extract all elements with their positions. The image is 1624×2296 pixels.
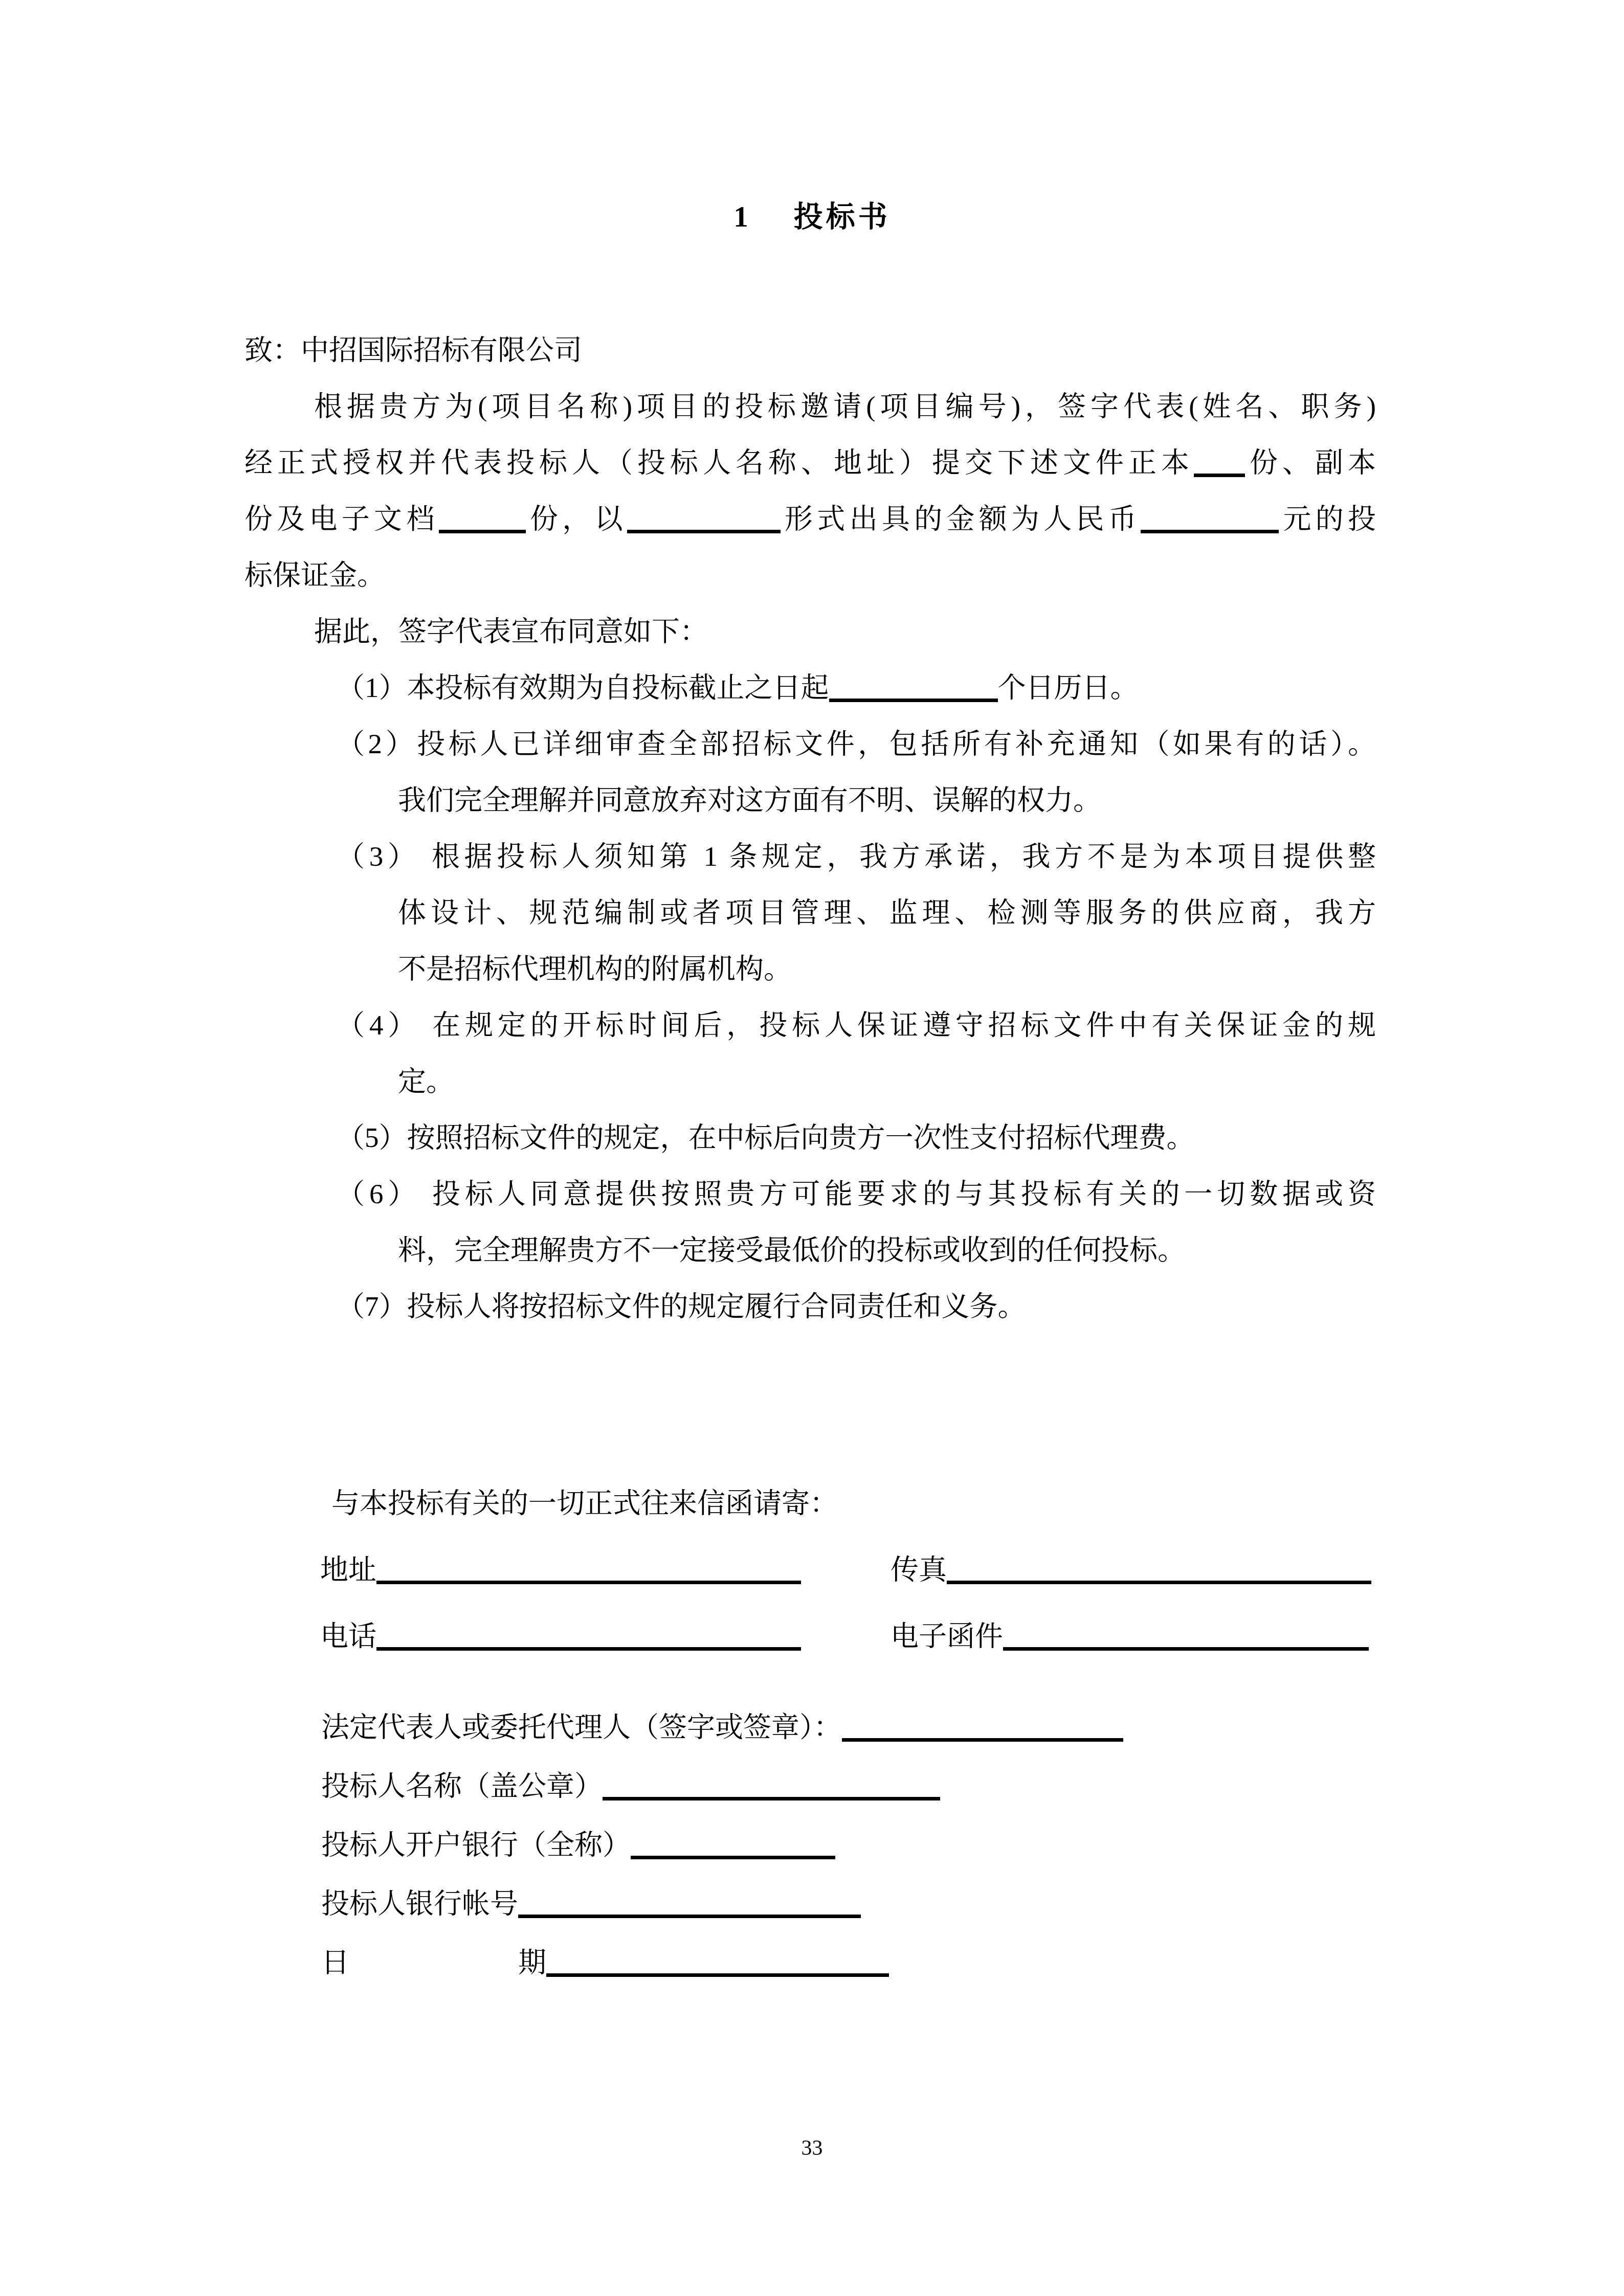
blank-underline-field <box>376 1622 801 1651</box>
text-run: 法定代表人或委托代理人（签字或签章）： <box>321 1712 842 1743</box>
text-run: 据此，签字代表宣布同意如下： <box>314 616 708 647</box>
address-fax-line: 地址传真 <box>244 1537 1376 1603</box>
text-run: 经正式授权并代表投标人（投标人名称、地址）提交下述文件正本 <box>244 447 1194 478</box>
blank-underline-field <box>1141 504 1279 533</box>
blank-underline-field <box>631 1830 835 1859</box>
bidder-account-line: 投标人银行帐号 <box>244 1874 1376 1933</box>
list-item-7: （7）投标人将按招标文件的规定履行合同责任和义务。 <box>244 1278 1376 1335</box>
list-item-1: （1）本投标有效期为自投标截止之日起个日历日。 <box>244 660 1376 716</box>
text-run: （3） 根据投标人须知第 1 条规定，我方承诺，我方不是为本项目提供整 <box>337 841 1376 872</box>
blank-underline-field <box>1003 1622 1369 1651</box>
text-run: 份及电子文档 <box>244 503 439 534</box>
text-run: 份、副本 <box>1245 447 1376 478</box>
list-item-6-line-1: （6） 投标人同意提供按照贵方可能要求的与其投标有关的一切数据或资 <box>244 1166 1376 1222</box>
blank-underline-field <box>829 673 998 702</box>
text-run: 投标人银行帐号 <box>321 1888 518 1919</box>
blank-underline-field <box>842 1713 1123 1742</box>
blank-underline-field <box>1194 448 1245 477</box>
paragraph-2-declaration: 据此，签字代表宣布同意如下： <box>244 603 1376 660</box>
paragraph-1-line-4: 标保证金。 <box>244 547 1376 603</box>
legal-representative-line: 法定代表人或委托代理人（签字或签章）： <box>244 1698 1376 1757</box>
list-item-2-line-1: （2）投标人已详细审查全部招标文件，包括所有补充通知（如果有的话）。 <box>244 716 1376 772</box>
text-run: 形式出具的金额为人民币 <box>781 503 1141 534</box>
text-run: 地址 <box>320 1554 376 1585</box>
text-run: 份，以 <box>526 503 627 534</box>
text-run: 体设计、规范编制或者项目管理、监理、检测等服务的供应商，我方 <box>398 897 1376 928</box>
date-line: 日期 <box>244 1933 1376 1992</box>
list-item-3-line-2: 体设计、规范编制或者项目管理、监理、检测等服务的供应商，我方 <box>244 885 1376 941</box>
text-run: 元的投 <box>1279 503 1376 534</box>
blank-underline-field <box>947 1555 1371 1584</box>
text-run: （4） 在规定的开标时间后，投标人保证遵守招标文件中有关保证金的规 <box>337 1009 1376 1041</box>
text-run: 电话 <box>320 1620 376 1652</box>
text-run: 不是招标代理机构的附属机构。 <box>398 953 792 984</box>
text-run: （5）按照招标文件的规定，在中标后向贵方一次性支付招标代理费。 <box>337 1122 1195 1153</box>
page-number: 33 <box>0 2135 1624 2162</box>
text-run: （7）投标人将按招标文件的规定履行合同责任和义务。 <box>337 1291 1026 1322</box>
blank-underline-field <box>603 1771 940 1800</box>
blank-underline-field <box>518 1889 861 1918</box>
document-page: 1 投标书 致：中招国际招标有限公司 根据贵方为(项目名称)项目的投标邀请(项目… <box>0 0 1624 2296</box>
list-item-4-line-1: （4） 在规定的开标时间后，投标人保证遵守招标文件中有关保证金的规 <box>244 997 1376 1053</box>
bidder-name-line: 投标人名称（盖公章） <box>244 1757 1376 1815</box>
text-run: 日 <box>321 1947 349 1978</box>
paragraph-1-line-2: 经正式授权并代表投标人（投标人名称、地址）提交下述文件正本份、副本 <box>244 435 1376 491</box>
paragraph-1-line-1: 根据贵方为(项目名称)项目的投标邀请(项目编号)，签字代表(姓名、职务) <box>244 378 1376 435</box>
text-run: 期 <box>518 1947 546 1978</box>
list-item-2-line-2: 我们完全理解并同意放弃对这方面有不明、误解的权力。 <box>244 772 1376 828</box>
blank-underline-field <box>439 504 526 533</box>
text-run: 电子函件 <box>891 1620 1003 1652</box>
list-item-3-line-3: 不是招标代理机构的附属机构。 <box>244 941 1376 997</box>
text-run: 料，完全理解贵方不一定接受最低价的投标或收到的任何投标。 <box>398 1234 1186 1266</box>
text-run: 定。 <box>398 1066 454 1097</box>
text-run: 投标人名称（盖公章） <box>321 1770 603 1802</box>
text-run: 传真 <box>891 1554 947 1585</box>
text-run: 致：中招国际招标有限公司 <box>244 334 582 366</box>
document-body: 致：中招国际招标有限公司 根据贵方为(项目名称)项目的投标邀请(项目编号)，签字… <box>244 322 1376 1992</box>
list-item-4-line-2: 定。 <box>244 1053 1376 1110</box>
blank-underline-field <box>546 1948 889 1977</box>
text-run: 与本投标有关的一切正式往来信函请寄： <box>331 1488 838 1519</box>
blank-underline-field <box>376 1555 801 1584</box>
list-item-3-line-1: （3） 根据投标人须知第 1 条规定，我方承诺，我方不是为本项目提供整 <box>244 828 1376 885</box>
blank-underline-field <box>627 504 781 533</box>
text-run: 投标人开户银行（全称） <box>321 1829 631 1860</box>
text-run: 根据贵方为(项目名称)项目的投标邀请(项目编号)，签字代表(姓名、职务) <box>314 391 1376 422</box>
salutation-line: 致：中招国际招标有限公司 <box>244 322 1376 378</box>
document-title: 1 投标书 <box>0 202 1624 233</box>
phone-email-line: 电话电子函件 <box>244 1603 1376 1670</box>
text-run: （2）投标人已详细审查全部招标文件，包括所有补充通知（如果有的话）。 <box>337 728 1376 759</box>
list-item-6-line-2: 料，完全理解贵方不一定接受最低价的投标或收到的任何投标。 <box>244 1222 1376 1278</box>
text-run: 个日历日。 <box>998 672 1139 703</box>
correspondence-intro-line: 与本投标有关的一切正式往来信函请寄： <box>244 1470 1376 1537</box>
text-run: 我们完全理解并同意放弃对这方面有不明、误解的权力。 <box>398 784 1101 816</box>
list-item-5: （5）按照招标文件的规定，在中标后向贵方一次性支付招标代理费。 <box>244 1110 1376 1166</box>
text-run: （6） 投标人同意提供按照贵方可能要求的与其投标有关的一切数据或资 <box>337 1178 1376 1209</box>
text-run: （1）本投标有效期为自投标截止之日起 <box>337 672 829 703</box>
text-run: 标保证金。 <box>244 559 385 591</box>
paragraph-1-line-3: 份及电子文档份，以形式出具的金额为人民币元的投 <box>244 491 1376 547</box>
bidder-bank-line: 投标人开户银行（全称） <box>244 1815 1376 1874</box>
